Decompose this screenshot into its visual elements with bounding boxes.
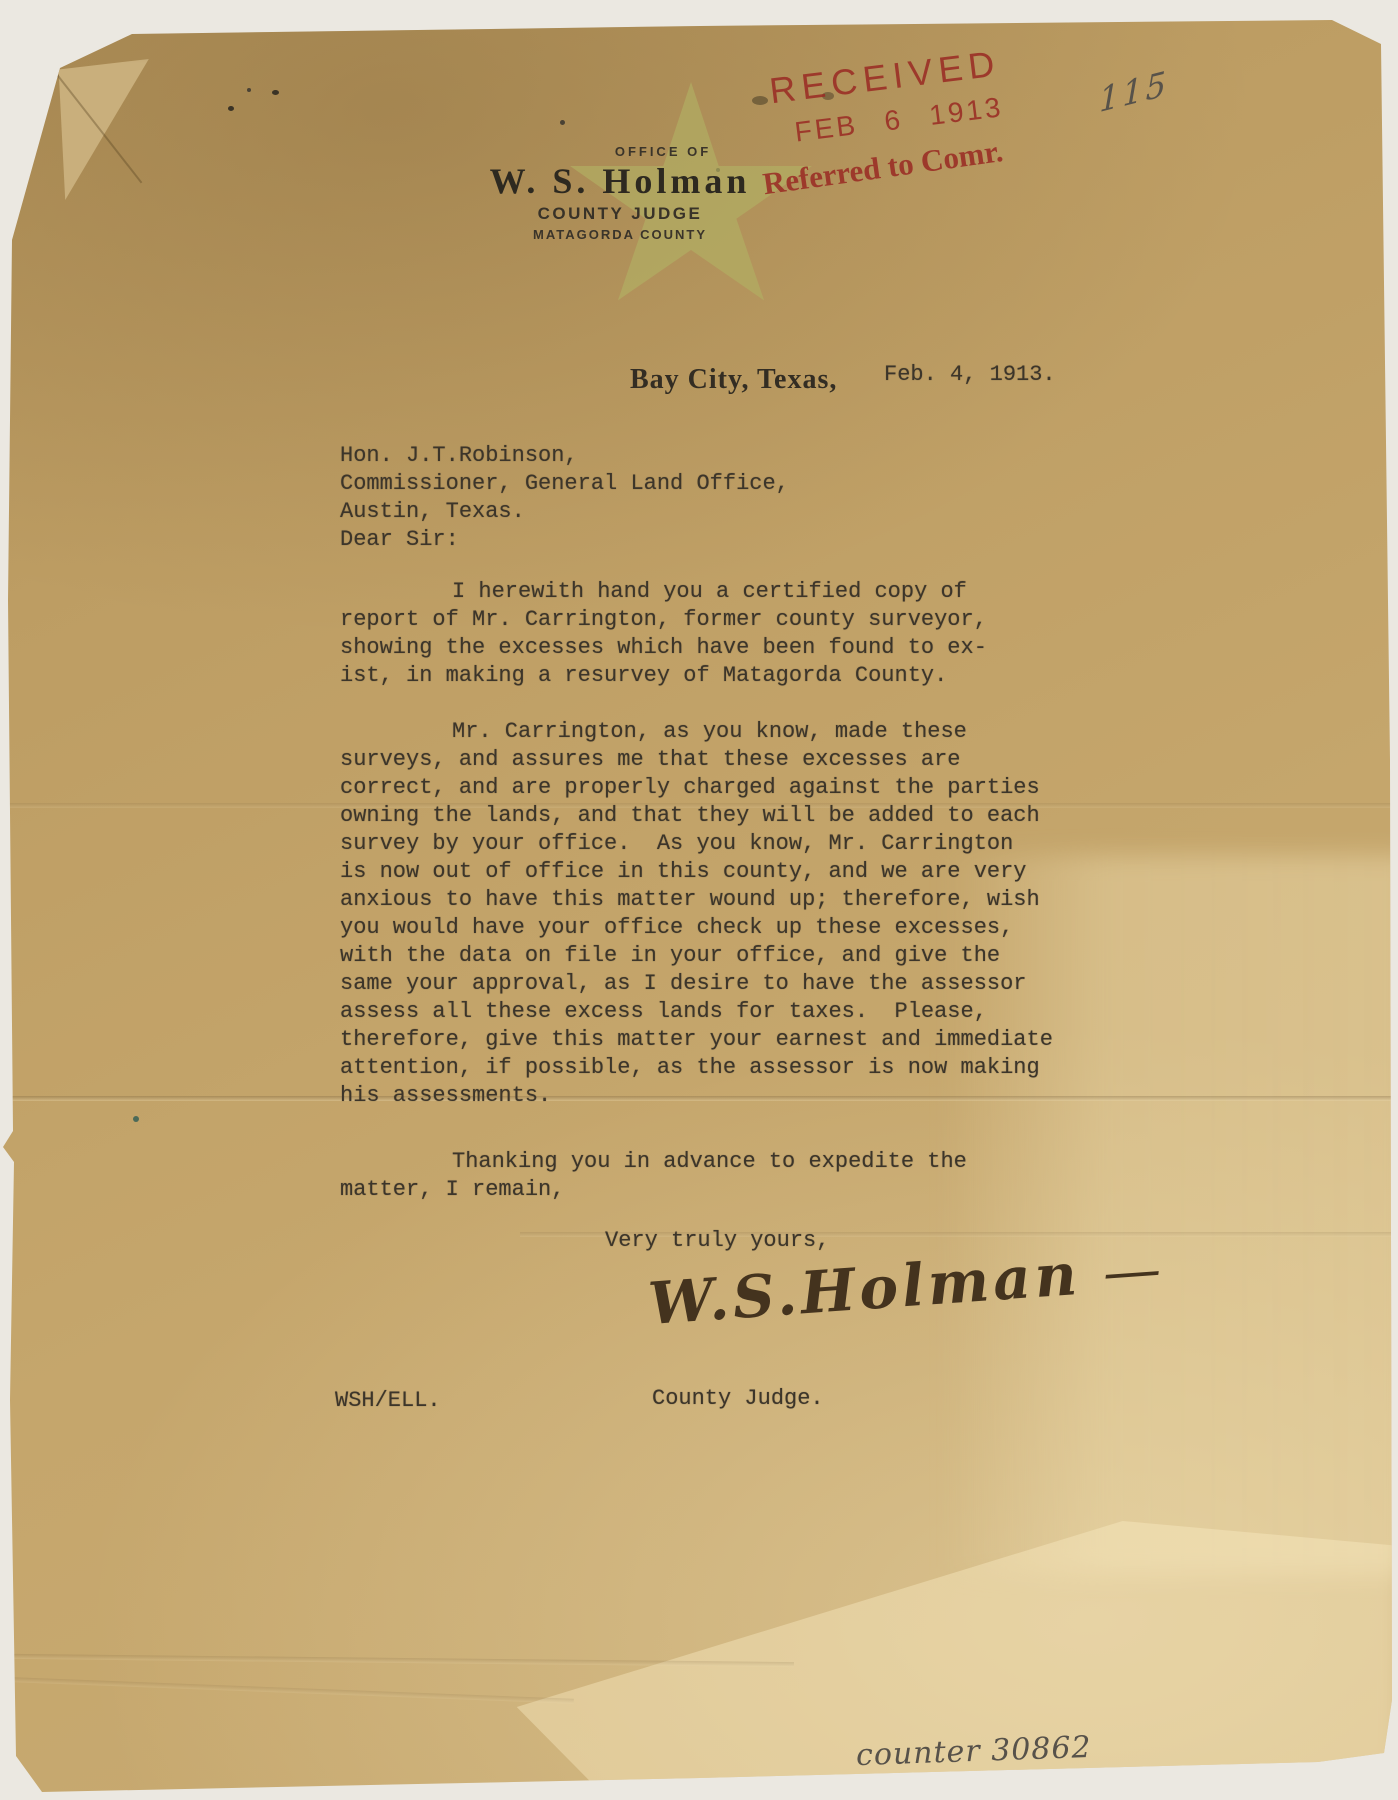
typed-line: showing the excesses which have been fou…	[340, 634, 987, 662]
pencil-page-number: 115	[1099, 63, 1169, 121]
paper-speck	[272, 90, 279, 95]
typed-line: attention, if possible, as the assessor …	[340, 1054, 1053, 1082]
letterhead-name: W. S. Holman	[468, 160, 772, 202]
letterhead: OFFICE OF W. S. Holman COUNTY JUDGE MATA…	[468, 144, 772, 242]
typed-line: with the data on file in your office, an…	[340, 942, 1053, 970]
typed-line: same your approval, as I desire to have …	[340, 970, 1053, 998]
letterhead-title: COUNTY JUDGE	[468, 204, 772, 224]
letterhead-office-of: OFFICE OF	[554, 144, 772, 159]
paper-speck	[247, 88, 251, 92]
received-stamp: RECEIVED FEB 6 1913 Referred to Comr.	[749, 36, 1062, 200]
typed-line: ist, in making a resurvey of Matagorda C…	[340, 662, 987, 690]
typed-line: you would have your office check up thes…	[340, 914, 1053, 942]
valediction: Very truly yours,	[605, 1228, 829, 1253]
dateline-date: Feb. 4, 1913.	[884, 362, 1056, 387]
letterhead-county: MATAGORDA COUNTY	[468, 227, 772, 242]
typed-line: Hon. J.T.Robinson,	[340, 442, 789, 470]
typed-line: surveys, and assures me that these exces…	[340, 746, 1053, 774]
paper-speck	[133, 1116, 139, 1122]
typed-line: Mr. Carrington, as you know, made these	[340, 718, 1053, 746]
typed-line: survey by your office. As you know, Mr. …	[340, 830, 1053, 858]
paper-speck	[560, 120, 565, 125]
typed-line: anxious to have this matter wound up; th…	[340, 886, 1053, 914]
typed-line: matter, I remain,	[340, 1176, 967, 1204]
body-paragraph-3: Thanking you in advance to expedite them…	[340, 1148, 967, 1204]
typed-line: therefore, give this matter your earnest…	[340, 1026, 1053, 1054]
typed-line: Thanking you in advance to expedite the	[340, 1148, 967, 1176]
paper-crease	[14, 1677, 574, 1703]
recipient-block: Hon. J.T.Robinson,Commissioner, General …	[340, 442, 789, 554]
letter-paper: OFFICE OF W. S. Holman COUNTY JUDGE MATA…	[0, 0, 1398, 1800]
folded-corner	[52, 56, 162, 206]
typed-line: assess all these excess lands for taxes.…	[340, 998, 1053, 1026]
typed-line: Dear Sir:	[340, 526, 789, 554]
paper-speck	[228, 106, 234, 111]
typed-line: owning the lands, and that they will be …	[340, 802, 1053, 830]
typed-line: report of Mr. Carrington, former county …	[340, 606, 987, 634]
body-paragraph-2: Mr. Carrington, as you know, made theses…	[340, 718, 1053, 1110]
typed-line: is now out of office in this county, and…	[340, 858, 1053, 886]
typist-initials: WSH/ELL.	[335, 1388, 441, 1413]
paper-crease	[14, 1654, 794, 1667]
typed-line: I herewith hand you a certified copy of	[340, 578, 987, 606]
dateline-place: Bay City, Texas,	[630, 364, 837, 396]
typed-line: his assessments.	[340, 1082, 1053, 1110]
typed-line: Commissioner, General Land Office,	[340, 470, 789, 498]
signature-flourish: —	[1078, 1234, 1167, 1308]
typed-line: correct, and are properly charged agains…	[340, 774, 1053, 802]
scan-background: { "letterhead": { "office_of": "OFFICE O…	[0, 0, 1398, 1800]
typed-line: Austin, Texas.	[340, 498, 789, 526]
signer-title: County Judge.	[652, 1386, 824, 1411]
body-paragraph-1: I herewith hand you a certified copy ofr…	[340, 578, 987, 690]
